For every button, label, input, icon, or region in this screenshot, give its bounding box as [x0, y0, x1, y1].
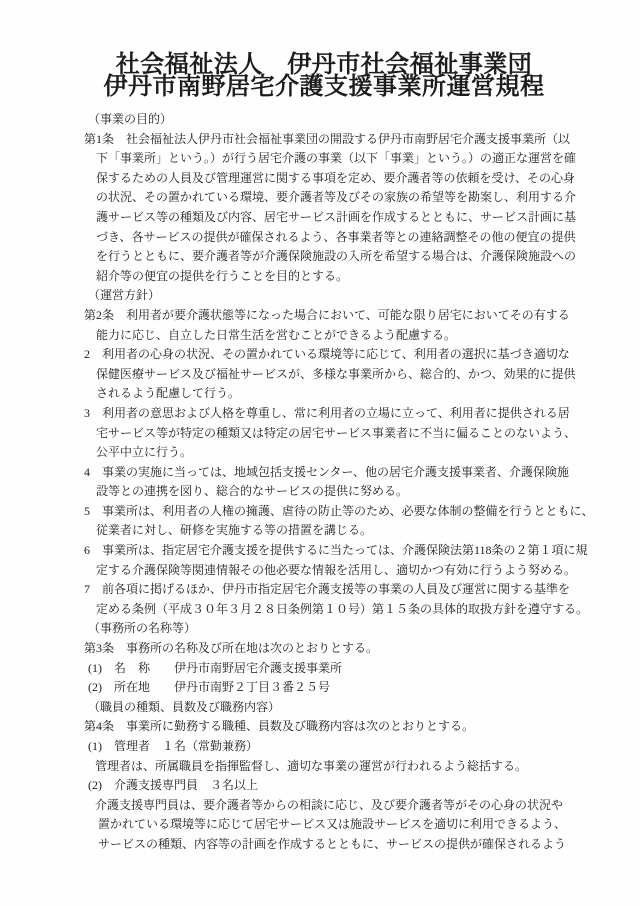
text-line: (1) 管理者 １名（常勤兼務） [88, 737, 564, 757]
text-line: 能力に応じ、自立した日常生活を営むことができるよう配慮する。 [84, 326, 564, 346]
paragraph: 管理者は、所属職員を指揮監督し、適切な事業の運営が行われるよう総括する。 [84, 757, 564, 777]
paragraph: 4 事業の実施に当っては、地域包括支援センター、他の居宅介護支援事業者、介護保険… [84, 463, 564, 502]
text-line: (2) 所在地 伊丹市南野２丁目３番２５号 [88, 678, 564, 698]
section-heading: （運営方針） [84, 286, 564, 306]
text-line: （事業の目的） [88, 110, 564, 130]
paragraph: 第2条 利用者が要介護状態等になった場合において、可能な限り居宅においてその有す… [84, 306, 564, 345]
paragraph: 3 利用者の意思および人格を尊重し、常に利用者の立場に立って、利用者に提供される… [84, 404, 564, 463]
text-line: 保健医療サービス及び福祉サービスが、多様な事業所から、総合的、かつ、効果的に提供 [84, 365, 564, 385]
text-line: づき、各サービスの提供が確保されるよう、各事業者等との連絡調整その他の便宜の提供 [84, 228, 564, 248]
document-title: 社会福祉法人 伊丹市社会福祉事業団 伊丹市南野居宅介護支援事業所運営規程 [84, 54, 564, 98]
section-heading: （事務所の名称等） [84, 619, 564, 639]
text-line: 7 前各項に掲げるほか、伊丹市指定居宅介護支援等の事業の人員及び運営に関する基準… [84, 580, 564, 600]
text-line: 紹介等の便宜の提供を行うことを目的とする。 [84, 267, 564, 287]
text-line: 従業者に対し、研修を実施する等の措置を講じる。 [84, 521, 564, 541]
text-line: 定する介護保険等関連情報その他必要な情報を活用し、適切かつ有効に行うよう努める。 [84, 561, 564, 581]
text-line: 管理者は、所属職員を指揮監督し、適切な事業の運営が行われるよう総括する。 [95, 757, 564, 777]
text-line: 保するための人員及び管理運営に関する事項を定め、要介護者等の依頼を受け、その心身 [84, 169, 564, 189]
text-line: 第3条 事務所の名称及び所在地は次のとおりとする。 [84, 639, 564, 659]
paragraph: 7 前各項に掲げるほか、伊丹市指定居宅介護支援等の事業の人員及び運営に関する基準… [84, 580, 564, 619]
text-line: を行うとともに、要介護者等が介護保険施設の入所を希望する場合は、介護保険施設への [84, 247, 564, 267]
paragraph: 第4条 事業所に勤務する職種、員数及び職務内容は次のとおりとする。 [84, 717, 564, 737]
paragraph: (1) 名 称 伊丹市南野居宅介護支援事業所 [84, 659, 564, 679]
text-line: (2) 介護支援専門員 ３名以上 [88, 776, 564, 796]
text-line: 護サービス等の種類及び内容、居宅サービス計画を作成するとともに、サービス計画に基 [84, 208, 564, 228]
document-body: （事業の目的）第1条 社会福祉法人伊丹市社会福祉事業団の開設する伊丹市南野居宅介… [84, 110, 564, 855]
document-title-line-2: 伊丹市南野居宅介護支援事業所運営規程 [84, 76, 564, 98]
text-line: 宅サービス等が特定の種類又は特定の居宅サービス事業者に不当に偏ることのないよう、 [84, 424, 564, 444]
text-line: 第4条 事業所に勤務する職種、員数及び職務内容は次のとおりとする。 [84, 717, 564, 737]
text-line: 3 利用者の意思および人格を尊重し、常に利用者の立場に立って、利用者に提供される… [84, 404, 564, 424]
paragraph: (2) 所在地 伊丹市南野２丁目３番２５号 [84, 678, 564, 698]
document-title-line-1: 社会福祉法人 伊丹市社会福祉事業団 [84, 54, 564, 76]
text-line: 第2条 利用者が要介護状態等になった場合において、可能な限り居宅においてその有す… [84, 306, 564, 326]
text-line: されるよう配慮して行う。 [84, 384, 564, 404]
paragraph: (1) 管理者 １名（常勤兼務） [84, 737, 564, 757]
text-line: 第1条 社会福祉法人伊丹市社会福祉事業団の開設する伊丹市南野居宅介護支援事業所（… [84, 130, 564, 150]
text-line: 公平中立に行う。 [84, 443, 564, 463]
section-heading: （事業の目的） [84, 110, 564, 130]
text-line: 5 事業所は、利用者の人権の擁護、虐待の防止等のため、必要な体制の整備を行うとと… [84, 502, 564, 522]
text-line: 定める条例（平成３０年３月２８日条例第１０号）第１５条の具体的取扱方針を遵守する… [84, 600, 564, 620]
section-heading: （職員の種類、員数及び職務内容） [84, 698, 564, 718]
text-line: 下「事業所」という。）が行う居宅介護の事業（以下「事業」という。）の適正な運営を… [84, 149, 564, 169]
paragraph: 介護支援専門員は、要介護者等からの相談に応じ、及び要介護者等がその心身の状況や置… [84, 796, 564, 855]
document-page: 社会福祉法人 伊丹市社会福祉事業団 伊丹市南野居宅介護支援事業所運営規程 （事業… [0, 0, 640, 906]
text-line: （運営方針） [88, 286, 564, 306]
text-line: の状況、その置かれている環境、要介護者等及びその家族の希望等を勘案し、利用する介 [84, 188, 564, 208]
text-line: 6 事業所は、指定居宅介護支援を提供するに当たっては、介護保険法第118条の２第… [84, 541, 564, 561]
paragraph: 第1条 社会福祉法人伊丹市社会福祉事業団の開設する伊丹市南野居宅介護支援事業所（… [84, 130, 564, 287]
text-line: 介護支援専門員は、要介護者等からの相談に応じ、及び要介護者等がその心身の状況や [95, 796, 564, 816]
text-line: (1) 名 称 伊丹市南野居宅介護支援事業所 [88, 659, 564, 679]
text-line: 置かれている環境等に応じて居宅サービス又は施設サービスを適切に利用できるよう、 [95, 815, 564, 835]
text-line: （職員の種類、員数及び職務内容） [88, 698, 564, 718]
paragraph: (2) 介護支援専門員 ３名以上 [84, 776, 564, 796]
text-line: サービスの種類、内容等の計画を作成するとともに、サービスの提供が確保されるよう [95, 835, 564, 855]
paragraph: 2 利用者の心身の状況、その置かれている環境等に応じて、利用者の選択に基づき適切… [84, 345, 564, 404]
text-line: 2 利用者の心身の状況、その置かれている環境等に応じて、利用者の選択に基づき適切… [84, 345, 564, 365]
text-line: 4 事業の実施に当っては、地域包括支援センター、他の居宅介護支援事業者、介護保険… [84, 463, 564, 483]
paragraph: 第3条 事務所の名称及び所在地は次のとおりとする。 [84, 639, 564, 659]
text-line: 設等との連携を図り、総合的なサービスの提供に努める。 [84, 482, 564, 502]
paragraph: 6 事業所は、指定居宅介護支援を提供するに当たっては、介護保険法第118条の２第… [84, 541, 564, 580]
paragraph: 5 事業所は、利用者の人権の擁護、虐待の防止等のため、必要な体制の整備を行うとと… [84, 502, 564, 541]
text-line: （事務所の名称等） [88, 619, 564, 639]
